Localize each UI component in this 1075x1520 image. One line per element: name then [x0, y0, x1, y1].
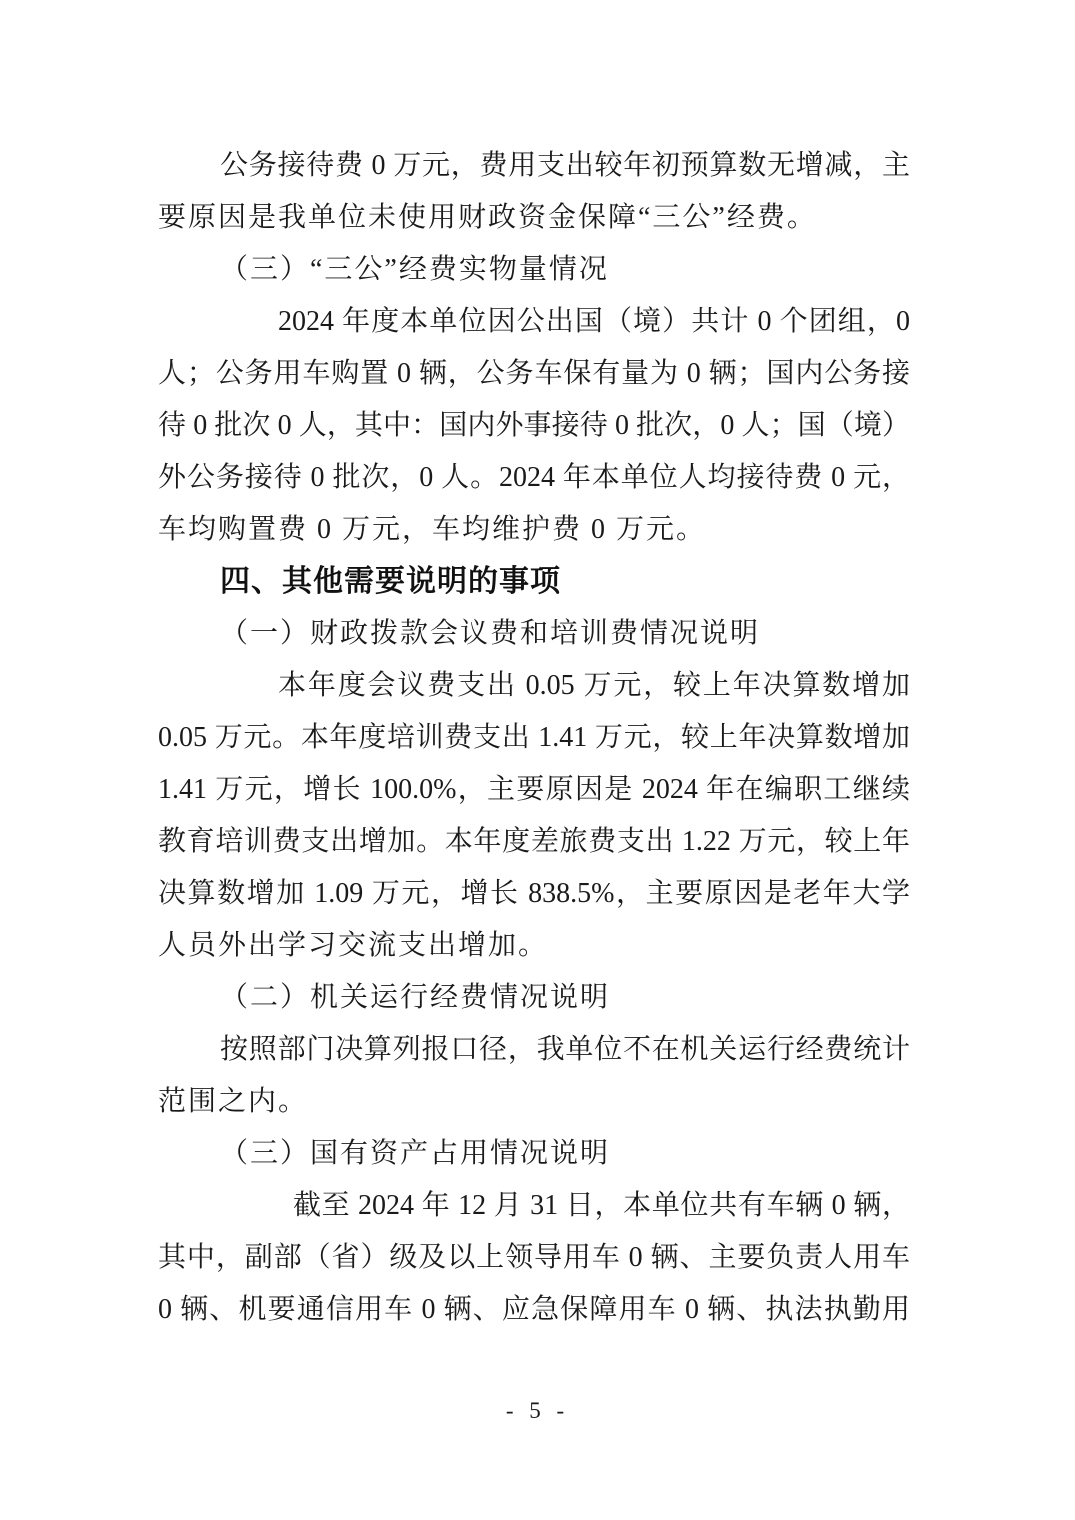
text-line: 0 辆、机要通信用车 0 辆、应急保障用车 0 辆、执法执勤用	[158, 1284, 910, 1336]
subsection-title: （一）财政拨款会议费和培训费情况说明	[158, 608, 910, 660]
document-body: 公务接待费 0 万元，费用支出较年初预算数无增减，主 要原因是我单位未使用财政资…	[158, 140, 910, 1336]
text-line: 人；公务用车购置 0 辆，公务车保有量为 0 辆；国内公务接	[158, 348, 910, 400]
text-line: 人员外出学习交流支出增加。	[158, 920, 910, 972]
text-line: 本年度会议费支出 0.05 万元，较上年决算数增加	[158, 660, 910, 712]
document-page: 公务接待费 0 万元，费用支出较年初预算数无增减，主 要原因是我单位未使用财政资…	[0, 0, 1075, 1520]
text-line: 公务接待费 0 万元，费用支出较年初预算数无增减，主	[158, 140, 910, 192]
subsection-title: （二）机关运行经费情况说明	[158, 972, 910, 1024]
text-line: 决算数增加 1.09 万元，增长 838.5%，主要原因是老年大学	[158, 868, 910, 920]
subsection-title: （三）“三公”经费实物量情况	[158, 244, 910, 296]
text-line: 外公务接待 0 批次，0 人。2024 年本单位人均接待费 0 元，	[158, 452, 910, 504]
text-line: 1.41 万元，增长 100.0%，主要原因是 2024 年在编职工继续	[158, 764, 910, 816]
text-line: 车均购置费 0 万元，车均维护费 0 万元。	[158, 504, 910, 556]
text-line: 2024 年度本单位因公出国（境）共计 0 个团组，0	[158, 296, 910, 348]
page-number: - 5 -	[0, 1398, 1075, 1424]
text-line: 教育培训费支出增加。本年度差旅费支出 1.22 万元，较上年	[158, 816, 910, 868]
text-line: 待 0 批次 0 人，其中：国内外事接待 0 批次，0 人；国（境）	[158, 400, 910, 452]
text-line: 截至 2024 年 12 月 31 日，本单位共有车辆 0 辆，	[158, 1180, 910, 1232]
text-line: 其中，副部（省）级及以上领导用车 0 辆、主要负责人用车	[158, 1232, 910, 1284]
section-heading: 四、其他需要说明的事项	[158, 556, 910, 608]
text-line: 0.05 万元。本年度培训费支出 1.41 万元，较上年决算数增加	[158, 712, 910, 764]
text-line: 范围之内。	[158, 1076, 910, 1128]
text-line: 按照部门决算列报口径，我单位不在机关运行经费统计	[158, 1024, 910, 1076]
text-line: 要原因是我单位未使用财政资金保障“三公”经费。	[158, 192, 910, 244]
subsection-title: （三）国有资产占用情况说明	[158, 1128, 910, 1180]
